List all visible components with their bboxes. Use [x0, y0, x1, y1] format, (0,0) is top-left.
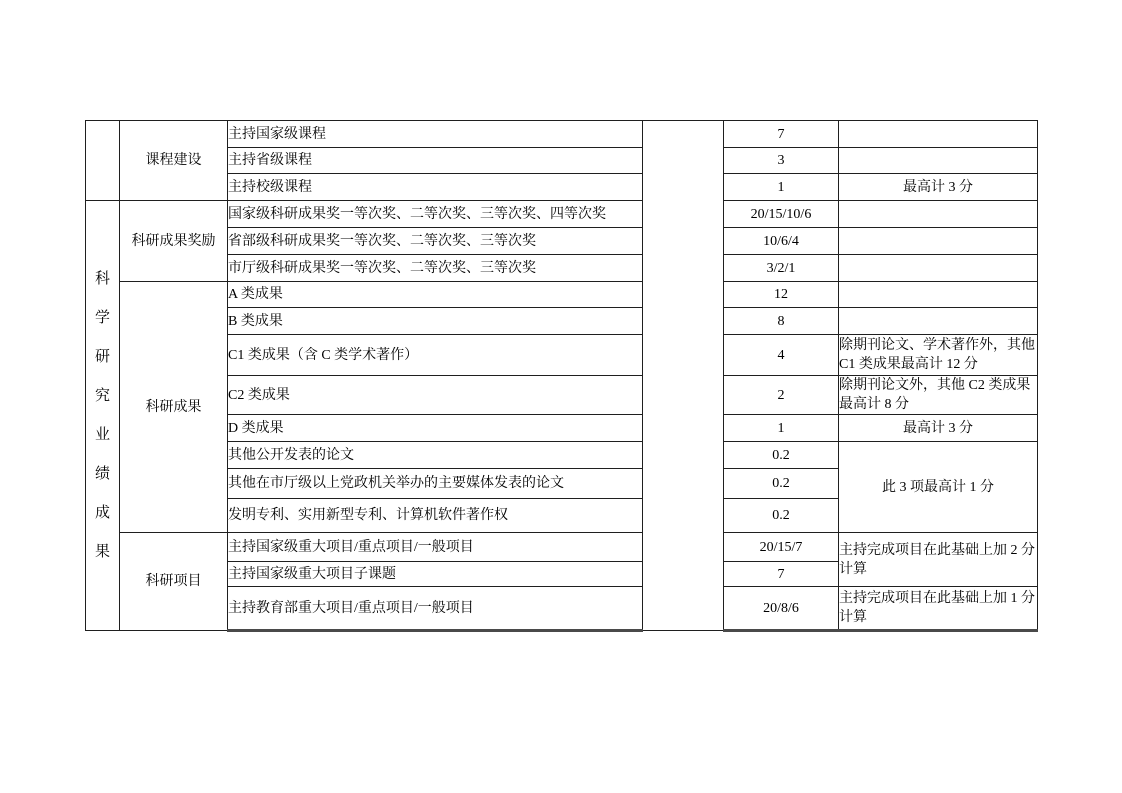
score-value: 7 [724, 562, 839, 587]
row-desc: A 类成果 [228, 282, 643, 308]
remark-cell: 最高计 3 分 [839, 174, 1038, 201]
remark-cell: 最高计 3 分 [839, 415, 1038, 442]
group-label-research-awards: 科研成果奖励 [120, 201, 228, 282]
score-value: 10/6/4 [724, 228, 839, 255]
score-value: 0.2 [724, 442, 839, 469]
remark-cell: 除期刊论文外，其他 C2 类成果最高计 8 分 [839, 376, 1038, 415]
row-desc: 其他在市厅级以上党政机关举办的主要媒体发表的论文 [228, 469, 643, 499]
remark-cell [839, 308, 1038, 335]
row-desc: D 类成果 [228, 415, 643, 442]
row-desc: 主持教育部重大项目/重点项目/一般项目 [228, 587, 643, 631]
score-value: 20/15/7 [724, 533, 839, 562]
remark-cell-merged: 此 3 项最高计 1 分 [839, 442, 1038, 533]
score-value: 20/8/6 [724, 587, 839, 631]
remark-cell [839, 121, 1038, 148]
remark-cell [839, 255, 1038, 282]
remark-cell: 主持完成项目在此基础上加 1 分计算 [839, 587, 1038, 631]
row-desc: 其他公开发表的论文 [228, 442, 643, 469]
row-desc: 市厅级科研成果奖一等次奖、二等次奖、三等次奖 [228, 255, 643, 282]
remark-cell [839, 282, 1038, 308]
score-value: 3/2/1 [724, 255, 839, 282]
score-value: 0.2 [724, 469, 839, 499]
remark-cell-merged: 主持完成项目在此基础上加 2 分计算 [839, 533, 1038, 587]
section-label-vertical-text: 科学研究业绩成果 [95, 260, 111, 572]
document-page-table: 课程建设 主持国家级课程 7 主持省级课程 3 主持校级课程 1 最高计 3 分 [85, 120, 1038, 632]
row-desc: 主持国家级重大项目/重点项目/一般项目 [228, 533, 643, 562]
score-value: 20/15/10/6 [724, 201, 839, 228]
remark-cell [839, 228, 1038, 255]
group-label-course-building: 课程建设 [120, 121, 228, 201]
score-value: 1 [724, 174, 839, 201]
remark-cell [839, 148, 1038, 174]
remark-cell: 除期刊论文、学术著作外，其他 C1 类成果最高计 12 分 [839, 335, 1038, 376]
row-desc: 发明专利、实用新型专利、计算机软件著作权 [228, 499, 643, 533]
score-value: 3 [724, 148, 839, 174]
group-label-research-projects: 科研项目 [120, 533, 228, 631]
row-desc: 主持校级课程 [228, 174, 643, 201]
row-desc: B 类成果 [228, 308, 643, 335]
row-desc: 主持省级课程 [228, 148, 643, 174]
score-value: 12 [724, 282, 839, 308]
score-value: 4 [724, 335, 839, 376]
score-value: 7 [724, 121, 839, 148]
row-desc: 国家级科研成果奖一等次奖、二等次奖、三等次奖、四等次奖 [228, 201, 643, 228]
row-desc: 主持国家级课程 [228, 121, 643, 148]
score-value: 0.2 [724, 499, 839, 533]
group-label-research-outputs: 科研成果 [120, 282, 228, 533]
remark-cell [839, 201, 1038, 228]
section-cell-empty [86, 121, 120, 201]
score-value: 1 [724, 415, 839, 442]
score-value: 8 [724, 308, 839, 335]
section-label-cell: 科学研究业绩成果 [86, 201, 120, 631]
row-desc: 省部级科研成果奖一等次奖、二等次奖、三等次奖 [228, 228, 643, 255]
row-desc: C1 类成果（含 C 类学术著作） [228, 335, 643, 376]
row-desc: 主持国家级重大项目子课题 [228, 562, 643, 587]
score-value: 2 [724, 376, 839, 415]
score-table: 课程建设 主持国家级课程 7 主持省级课程 3 主持校级课程 1 最高计 3 分 [85, 120, 1038, 632]
row-desc: C2 类成果 [228, 376, 643, 415]
empty-score-column-cell [643, 121, 724, 631]
